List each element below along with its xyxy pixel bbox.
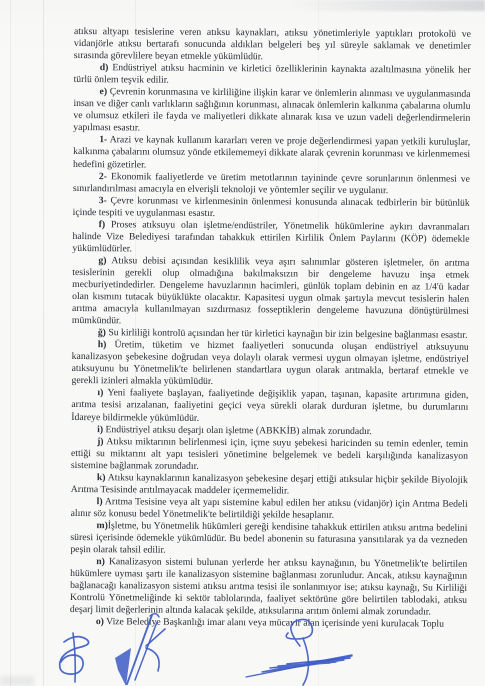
paragraph-label: m): [96, 520, 107, 531]
paragraph: k) Atıksu kaynaklarının kanalizasyon şeb…: [71, 472, 468, 499]
paragraph: e) Çevrenin korunmasına ve kirliliğine i…: [73, 86, 470, 137]
paragraph: n) Kanalizasyon sistemi bulunan yerlerde…: [70, 556, 467, 619]
paragraph: j) Atıksu miktarının belirlenmesi için, …: [71, 436, 468, 475]
paragraph-label: n): [96, 556, 105, 567]
paragraph-label: d): [100, 62, 109, 73]
paragraph-label: h): [98, 339, 107, 350]
paragraph: f) Proses atıksuyu olan işletme/endüstri…: [72, 219, 469, 258]
scan-artifact-line: [43, 0, 44, 686]
paragraph: g) Atıksu debisi açısından kesiklilik ve…: [72, 255, 469, 330]
paragraph-label: f): [99, 219, 106, 230]
scan-smudge: [290, 0, 485, 11]
paragraph: 2- Ekonomik faaliyetlerde ve üretim meto…: [73, 171, 470, 198]
paragraph-label: o): [96, 616, 104, 627]
handwritten-signature-left: [60, 633, 89, 682]
paragraph: atıksu altyapı tesislerine veren atıksu …: [74, 26, 471, 65]
paragraph: h) Üretim, tüketim ve hizmet faaliyetler…: [71, 339, 468, 390]
paragraph: 3- Çevre korunması ve kirlenmesinin önle…: [73, 195, 470, 222]
paragraph-label: l): [97, 496, 103, 507]
scanned-document-page: atıksu altyapı tesislerine veren atıksu …: [0, 0, 485, 686]
paragraph-label: j): [97, 436, 104, 447]
scan-smudge: [0, 676, 34, 686]
paragraph-label: e): [100, 86, 108, 97]
scan-artifact-line: [10, 0, 11, 686]
paragraph-label: ı): [97, 388, 103, 399]
paragraph: d) Endüstriyel atıksu hacminin ve kirlet…: [74, 62, 471, 89]
paragraph: o) Vize Belediye Başkanlığı imar alanı v…: [70, 616, 467, 631]
paragraph-label: k): [97, 472, 106, 483]
paragraph: ı) Yeni faaliyete başlayan, faaliyetinde…: [71, 387, 468, 426]
paragraph-label: g): [98, 255, 106, 266]
paragraph-label: i): [97, 424, 103, 435]
paragraph-label: 1-: [99, 135, 107, 146]
paragraph: l) Arıtma Tesisine veya alt yapı sistemi…: [71, 496, 468, 523]
paragraph: m)İşletme, bu Yönetmelik hükümleri gereğ…: [70, 520, 467, 559]
paragraph: 1- Arazi ve kaynak kullanım kararları ve…: [73, 134, 470, 173]
document-text: atıksu altyapı tesislerine veren atıksu …: [70, 26, 471, 631]
paragraph-label: 3-: [99, 195, 107, 206]
paragraph-label: 2-: [99, 171, 107, 182]
paragraph-label: ğ): [98, 327, 106, 338]
